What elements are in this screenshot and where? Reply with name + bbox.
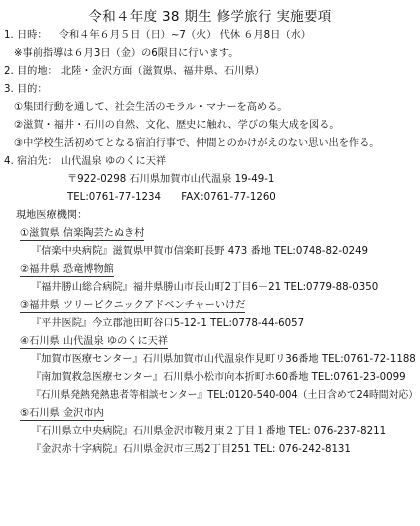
medical-label: 現地医療機関：: [16, 209, 87, 223]
medical-area-heading: ②福井県 恐竜博物館: [20, 263, 114, 277]
medical-facility: 『加賀市医療センター』石川県加賀市山代温泉作見町リ36番地 TEL:0761-7…: [31, 353, 416, 367]
lodging-address: 〒922-0298 石川県加賀市山代温泉 19-49-1: [67, 173, 274, 187]
datetime-row: 1. 日時： 令和４年６月５日（日）~7（火） 代休 ６月8日（水）: [4, 29, 311, 43]
medical-area-heading: ④石川県 山代温泉 ゆのくに天祥: [20, 335, 168, 349]
purpose-item: ③中学校生活初めてとなる宿泊行事で、仲間とのかけがえのない思い出を作る。: [14, 137, 380, 151]
medical-facility: 『平井医院』今立郡池田町谷口5-12-1 TEL:0778-44-6057: [31, 317, 304, 331]
lodging-name: 山代温泉 ゆのくに天祥: [61, 156, 166, 167]
lodging-row: 4. 宿泊先： 山代温泉 ゆのくに天祥: [4, 155, 166, 169]
medical-facility: 『福井勝山総合病院』福井県勝山市長山町2丁目6－21 TEL:0779-88-0…: [31, 281, 378, 295]
destination-row: 2. 目的地： 北陸・金沢方面（滋賀県、福井県、石川県）: [4, 65, 265, 79]
medical-facility: 『信楽中央病院』滋賀県甲賀市信楽町長野 473 番地 TEL:0748-82-0…: [31, 245, 368, 259]
document-title: 令和４年度 38 期生 修学旅行 実施要項: [0, 5, 420, 25]
purpose-item: ①集団行動を通して、社会生活のモラル・マナーを高める。: [14, 101, 288, 115]
medical-facility: 『石川県立中央病院』石川県金沢市鞍月東２丁目１番地 TEL: 076-237-8…: [31, 425, 386, 439]
lodging-contact: TEL:0761-77-1234 FAX:0761-77-1260: [67, 191, 276, 205]
medical-area-heading: ⑤石川県 金沢市内: [20, 407, 104, 421]
datetime-value: 令和４年６月５日（日）~7（火） 代休 ６月8日（水）: [59, 30, 311, 41]
destination-value: 北陸・金沢方面（滋賀県、福井県、石川県）: [61, 66, 265, 77]
purpose-label: 3. 目的：: [4, 83, 48, 97]
purpose-item: ②滋賀・福井・石川の自然、文化、歴史に触れ、学びの集大成を図る。: [14, 119, 340, 133]
destination-label: 2. 目的地：: [4, 66, 58, 77]
medical-facility: 『石川県発熱発熱患者等相談センター』TEL:0120-540-004（土日含めて…: [31, 389, 418, 403]
medical-facility: 『金沢赤十字病院』石川県金沢市三馬2丁目251 TEL: 076-242-813…: [31, 443, 351, 457]
medical-area-heading: ③福井県 ツリーピクニックアドベンチャーいけだ: [20, 299, 245, 313]
datetime-note: ※事前指導は６月3日（金）の6限目に行います。: [14, 47, 238, 61]
lodging-label: 4. 宿泊先：: [4, 156, 58, 167]
medical-facility: 『南加賀救急医療センター』石川県小松市向本折町ホ60番地 TEL:0761-23…: [31, 371, 406, 385]
medical-area-heading: ①滋賀県 信楽陶芸たぬき村: [20, 227, 144, 241]
datetime-label: 1. 日時：: [4, 30, 48, 41]
document-page: 令和４年度 38 期生 修学旅行 実施要項 1. 日時： 令和４年６月５日（日）…: [0, 0, 420, 526]
